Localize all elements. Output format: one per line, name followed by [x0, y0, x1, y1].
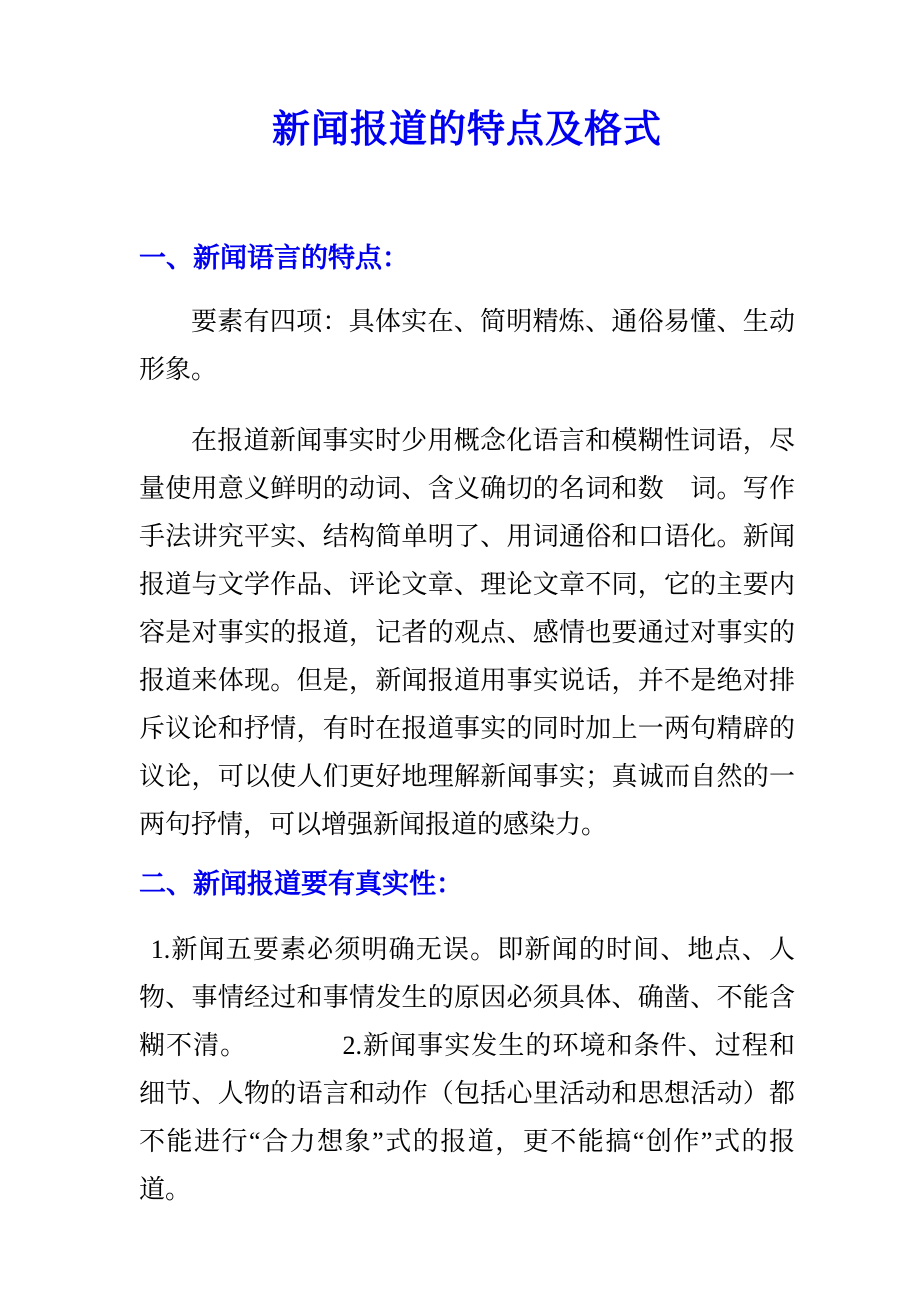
document-page: 新闻报道的特点及格式 一、新闻语言的特点： 要素有四项：具体实在、简明精炼、通俗… [0, 0, 920, 1302]
section-1-heading: 一、新闻语言的特点： [139, 241, 795, 275]
section-2-paragraph-1: 1.新闻五要素必须明确无误。即新闻的时间、地点、人物、事情经过和事情发生的原因必… [139, 926, 795, 1214]
section-2-heading: 二、新闻报道要有真实性： [139, 867, 795, 901]
document-body: 一、新闻语言的特点： 要素有四项：具体实在、简明精炼、通俗易懂、生动形象。 在报… [139, 241, 795, 1214]
document-title: 新闻报道的特点及格式 [139, 104, 795, 156]
section-1-paragraph-2: 在报道新闻事实时少用概念化语言和模糊性词语，尽量使用意义鲜明的动词、含义确切的名… [139, 417, 795, 849]
section-1-paragraph-1: 要素有四项：具体实在、简明精炼、通俗易懂、生动形象。 [139, 298, 795, 394]
